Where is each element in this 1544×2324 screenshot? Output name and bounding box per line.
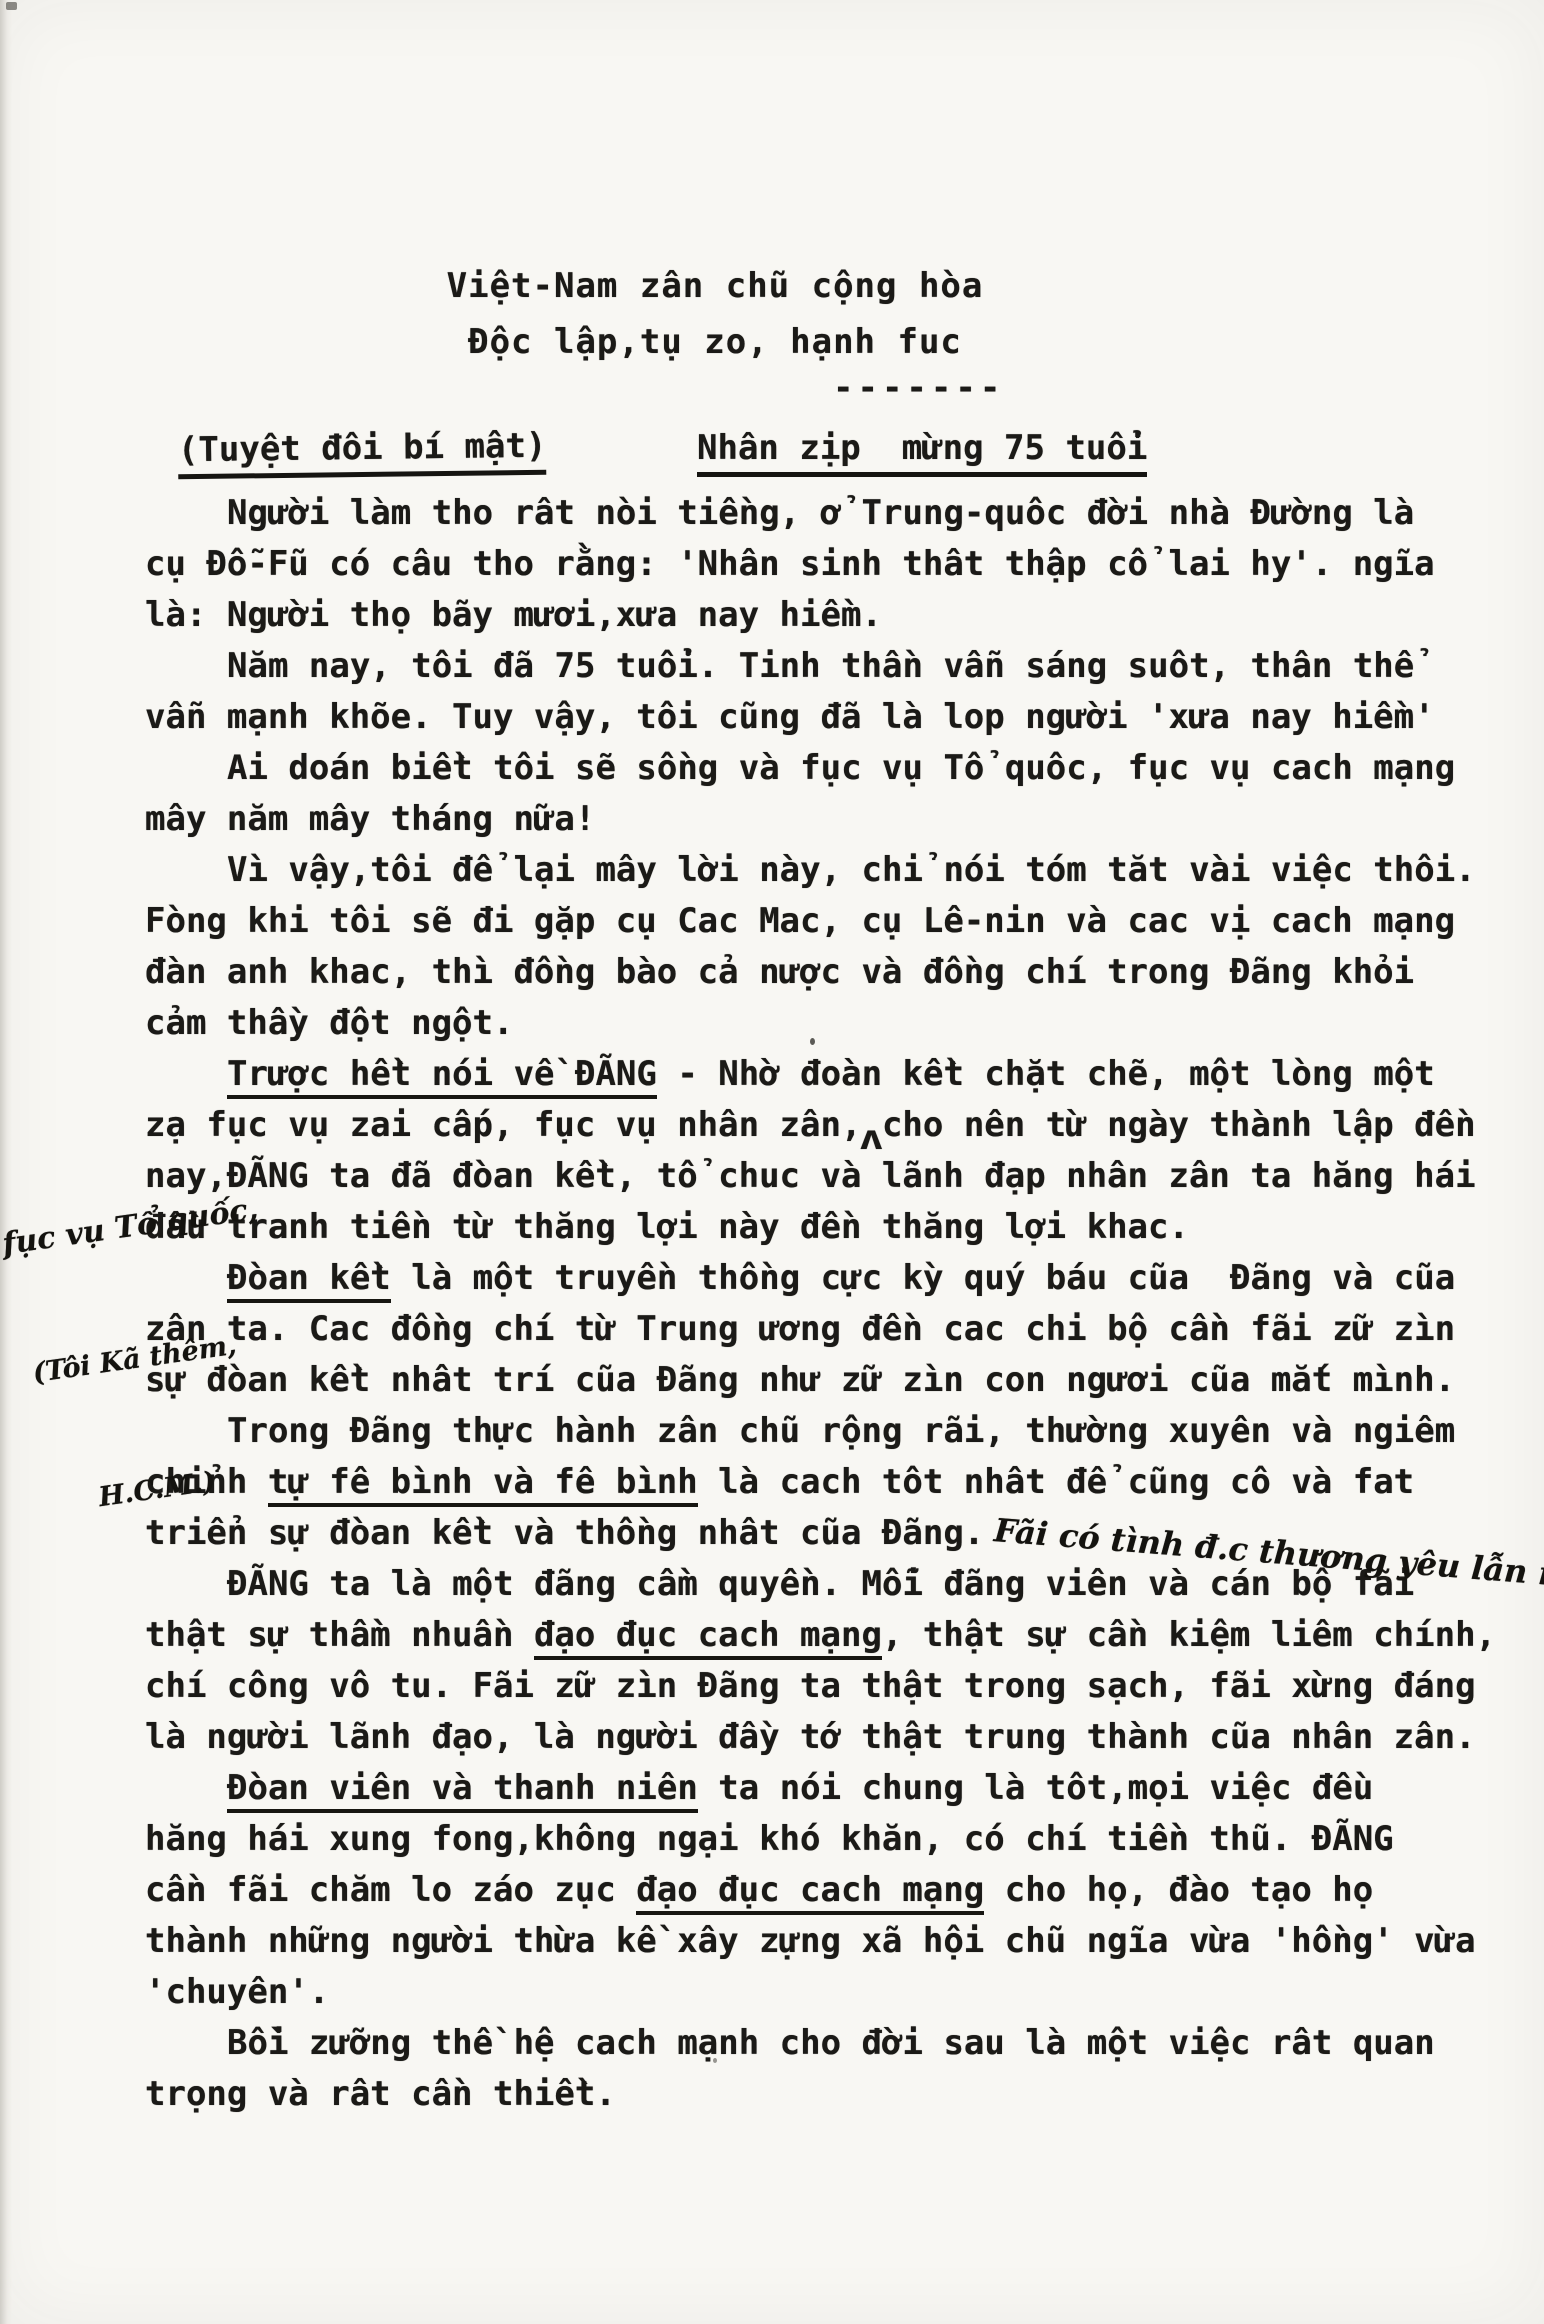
text-segment: Vì vậy,tôi để lại mây lời này, chỉ nói t… bbox=[227, 850, 1476, 890]
text-segment: thật sự thầm nhuần bbox=[145, 1615, 534, 1655]
text-line: là: Người thọ bãy mươi,xưa nay hiềm. bbox=[145, 590, 1505, 641]
text-segment: Bồi zưỡng thề hệ cach mạnh cho đời sau l… bbox=[227, 2023, 1435, 2063]
text-segment: trọng và rât cần thiềt. bbox=[145, 2074, 616, 2114]
underlined-phrase: Trược hềt nói về ĐÃNG bbox=[227, 1054, 657, 1099]
text-segment: 'chuyên'. bbox=[145, 1972, 329, 2012]
text-segment: thành những người thừa kề xây zựng xã hộ… bbox=[145, 1921, 1476, 1961]
document-header: Việt-Nam zân chũ cộng hòa Độc lập,tụ zo,… bbox=[0, 258, 1430, 370]
text-line: Vì vậy,tôi để lại mây lời này, chỉ nói t… bbox=[145, 845, 1505, 896]
text-segment: zạ fục vụ zai cấp, fục vụ nhân zân, bbox=[145, 1105, 861, 1145]
underlined-phrase: tự fê bình và fê bình bbox=[268, 1462, 698, 1507]
text-line: trọng và rât cần thiềt. bbox=[145, 2069, 1505, 2120]
text-line: chỉnh tự fê bình và fê bình là cach tôt … bbox=[145, 1457, 1505, 1508]
text-segment: Fòng khi tôi sẽ đi gặp cụ Cac Mac, cụ Lê… bbox=[145, 901, 1455, 941]
text-line: sự đòan kềt nhât trí cũa Đãng như zữ zìn… bbox=[145, 1355, 1505, 1406]
text-line: Trược hềt nói về ĐÃNG - Nhờ đoàn kềt chặ… bbox=[145, 1049, 1505, 1100]
text-segment: đầu tranh tiền từ thăng lợi này đền thăn… bbox=[145, 1207, 1189, 1247]
text-segment: sự đòan kềt nhât trí cũa Đãng như zữ zìn… bbox=[145, 1360, 1455, 1400]
text-segment: là cach tôt nhât để cũng cô và fat bbox=[698, 1462, 1414, 1502]
text-segment: cho họ, đào tạo họ bbox=[984, 1870, 1373, 1910]
text-segment: , thật sự cần kiệm liêm chính, bbox=[882, 1615, 1496, 1655]
text-line: zạ fục vụ zai cấp, fục vụ nhân zân,ʌcho … bbox=[145, 1100, 1505, 1151]
text-segment: Người làm tho rât nòi tiềng, ở Trung-quô… bbox=[227, 493, 1414, 533]
text-segment: hăng hái xung fong,không ngại khó khăn, … bbox=[145, 1819, 1394, 1859]
text-line: Bồi zưỡng thề hệ cach mạnh cho đời sau l… bbox=[145, 2018, 1505, 2069]
text-line: Người làm tho rât nòi tiềng, ở Trung-quô… bbox=[145, 488, 1505, 539]
national-motto: Độc lập,tụ zo, hạnh fuc bbox=[0, 314, 1430, 370]
text-segment: - Nhờ đoàn kềt chặt chẽ, một lòng một bbox=[657, 1054, 1435, 1094]
underlined-phrase: đạo đục cach mạng bbox=[636, 1870, 984, 1915]
margin-note-line: H.C.M.) bbox=[37, 1449, 298, 1528]
text-segment: cho nên từ ngày thành lập đền bbox=[882, 1105, 1476, 1145]
text-line: đầu tranh tiền từ thăng lợi này đền thăn… bbox=[145, 1202, 1505, 1253]
text-segment: vẫn mạnh khõe. Tuy vậy, tôi cũng đã là l… bbox=[145, 697, 1435, 737]
document-title: Nhân zịp mừng 75 tuổi bbox=[697, 428, 1147, 477]
text-line: Đòan kềt là một truyền thồng cực kỳ quý … bbox=[145, 1253, 1505, 1304]
header-separator-dashes: ------- bbox=[833, 368, 1004, 408]
text-segment: cụ Đỗ-Fũ có câu tho rằng: 'Nhân sinh thâ… bbox=[145, 544, 1435, 584]
text-line: là người lãnh đạo, là người đầy tớ thật … bbox=[145, 1712, 1505, 1763]
text-line: cụ Đỗ-Fũ có câu tho rằng: 'Nhân sinh thâ… bbox=[145, 539, 1505, 590]
underlined-phrase: đạo đục cach mạng bbox=[534, 1615, 882, 1660]
text-line: triển sự đòan kềt và thồng nhât cũa Đãng… bbox=[145, 1508, 1505, 1559]
margin-note-line: (Tôi Kã thêm, bbox=[18, 1318, 279, 1397]
text-line: Trong Đãng thực hành zân chũ rộng rãi, t… bbox=[145, 1406, 1505, 1457]
text-line: Năm nay, tôi đã 75 tuổi. Tinh thần vẫn s… bbox=[145, 641, 1505, 692]
text-line: hăng hái xung fong,không ngại khó khăn, … bbox=[145, 1814, 1505, 1865]
text-line: mây năm mây tháng nữa! bbox=[145, 794, 1505, 845]
text-line: Ai doán biềt tôi sẽ sồng và fục vụ Tổ qu… bbox=[145, 743, 1505, 794]
text-segment: Ai doán biềt tôi sẽ sồng và fục vụ Tổ qu… bbox=[227, 748, 1455, 788]
scanned-document-page: Việt-Nam zân chũ cộng hòa Độc lập,tụ zo,… bbox=[0, 0, 1544, 2324]
text-line: thành những người thừa kề xây zựng xã hộ… bbox=[145, 1916, 1505, 1967]
text-segment: cần fãi chăm lo záo zục bbox=[145, 1870, 636, 1910]
insertion-caret-mark: ʌ bbox=[859, 1113, 884, 1164]
text-segment: là người lãnh đạo, là người đầy tớ thật … bbox=[145, 1717, 1476, 1757]
text-line: chí công vô tu. Fãi zữ zìn Đãng ta thật … bbox=[145, 1661, 1505, 1712]
text-line: Đòan viên và thanh niên ta nói chung là … bbox=[145, 1763, 1505, 1814]
text-segment: ta nói chung là tôt,mọi việc đều bbox=[698, 1768, 1374, 1808]
text-line: Fòng khi tôi sẽ đi gặp cụ Cac Mac, cụ Lê… bbox=[145, 896, 1505, 947]
text-segment: Năm nay, tôi đã 75 tuổi. Tinh thần vẫn s… bbox=[227, 646, 1414, 686]
text-line: vẫn mạnh khõe. Tuy vậy, tôi cũng đã là l… bbox=[145, 692, 1505, 743]
text-segment: mây năm mây tháng nữa! bbox=[145, 799, 595, 839]
margin-note-line: fục vụ Tổ quốc, bbox=[0, 1188, 261, 1267]
text-line: cảm thầy đột ngột. bbox=[145, 998, 1505, 1049]
text-segment: chí công vô tu. Fãi zữ zìn Đãng ta thật … bbox=[145, 1666, 1476, 1706]
text-line: nay,ĐÃNG ta đã đòan kềt, tổ chuc và lãnh… bbox=[145, 1151, 1505, 1202]
secrecy-label: (Tuyệt đôi bí mật) bbox=[178, 426, 547, 479]
text-line: đàn anh khac, thì đồng bào cả nược và đồ… bbox=[145, 947, 1505, 998]
text-segment: nay,ĐÃNG ta đã đòan kềt, tổ chuc và lãnh… bbox=[145, 1156, 1476, 1196]
national-title: Việt-Nam zân chũ cộng hòa bbox=[0, 258, 1430, 314]
text-line: zân ta. Cac đồng chí từ Trung ương đền c… bbox=[145, 1304, 1505, 1355]
text-line: thật sự thầm nhuần đạo đục cach mạng, th… bbox=[145, 1610, 1505, 1661]
text-segment: Trong Đãng thực hành zân chũ rộng rãi, t… bbox=[227, 1411, 1455, 1451]
text-segment: là một truyền thồng cực kỳ quý báu cũa Đ… bbox=[391, 1258, 1455, 1298]
underlined-phrase: Đòan viên và thanh niên bbox=[227, 1768, 698, 1813]
scan-speck bbox=[6, 2, 17, 10]
text-segment: cảm thầy đột ngột. bbox=[145, 1003, 513, 1043]
text-segment: là: Người thọ bãy mươi,xưa nay hiềm. bbox=[145, 595, 882, 635]
text-segment: đàn anh khac, thì đồng bào cả nược và đồ… bbox=[145, 952, 1414, 992]
document-body: Người làm tho rât nòi tiềng, ở Trung-quô… bbox=[145, 488, 1505, 2120]
text-segment: zân ta. Cac đồng chí từ Trung ương đền c… bbox=[145, 1309, 1455, 1349]
text-line: 'chuyên'. bbox=[145, 1967, 1505, 2018]
text-line: cần fãi chăm lo záo zục đạo đục cach mạn… bbox=[145, 1865, 1505, 1916]
